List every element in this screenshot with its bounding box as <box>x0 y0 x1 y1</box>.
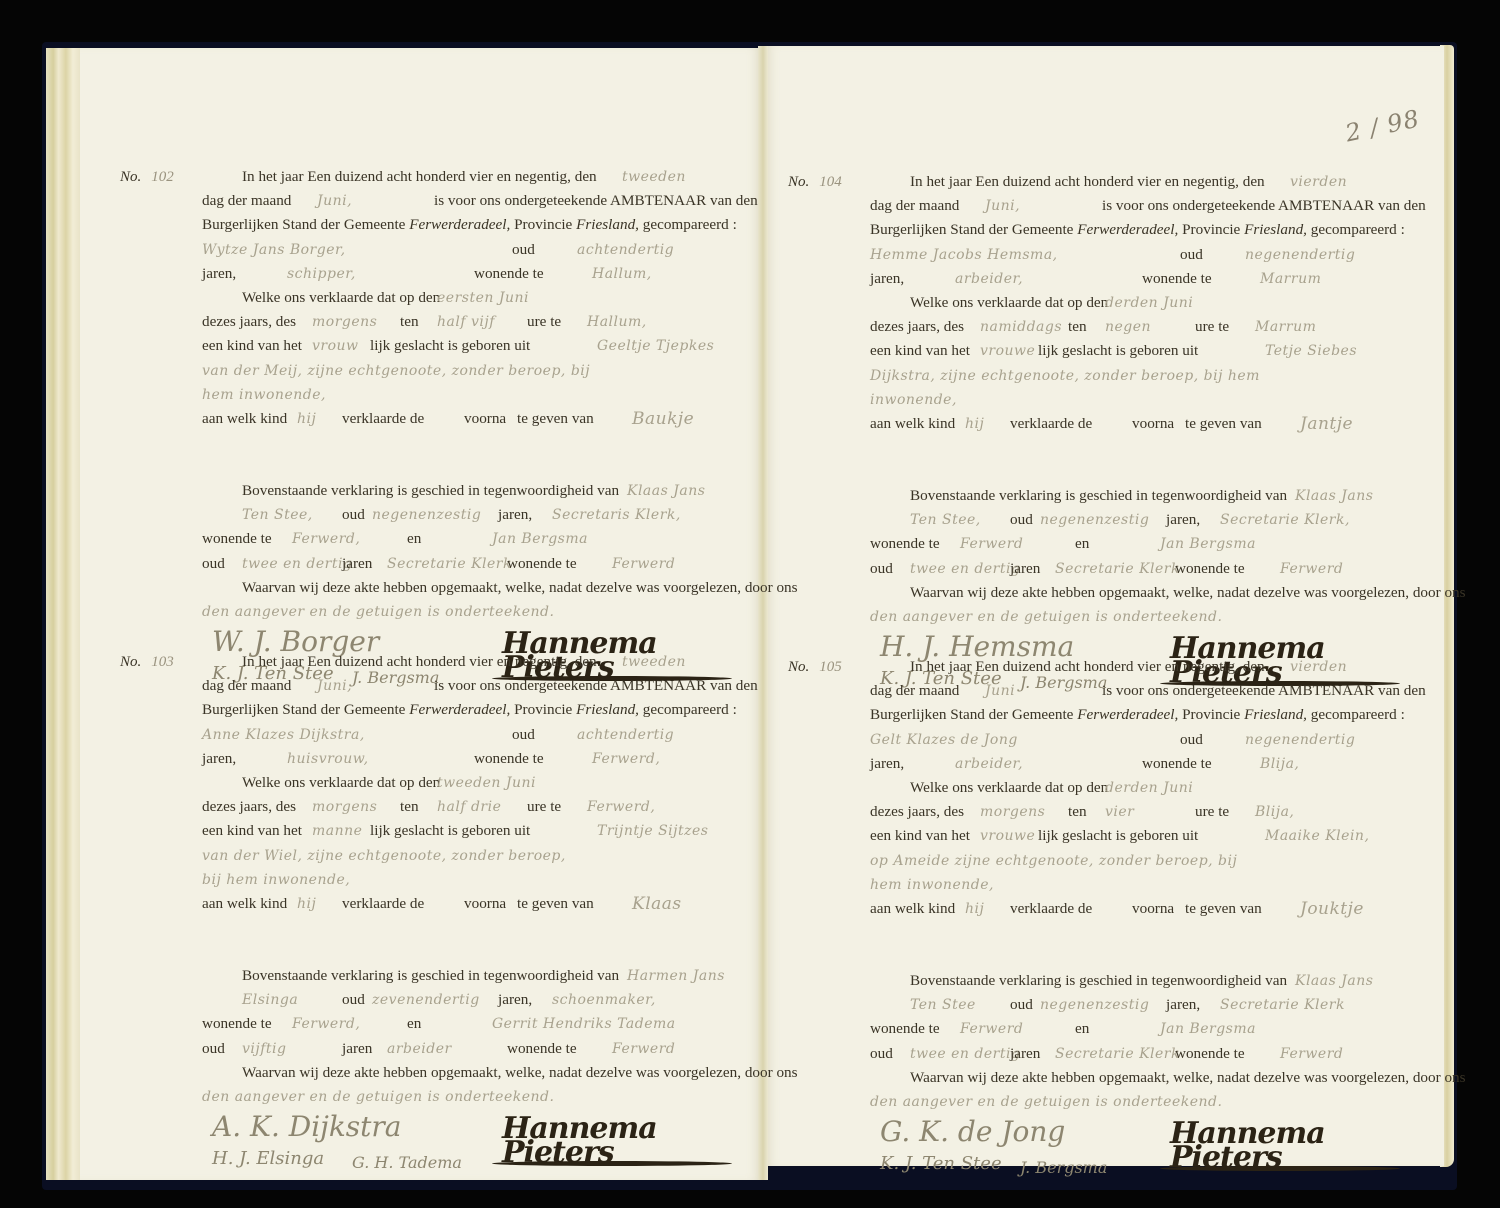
text-line: oudvijftigjarenarbeiderwonende teFerwerd <box>202 1037 762 1061</box>
text-line: Wytze Jans Borger,oudachtendertig <box>202 238 762 262</box>
handwritten-entry: Blija, <box>1255 800 1294 824</box>
text-line: Elsingaoudzevenendertigjaren,schoenmaker… <box>202 988 762 1012</box>
birth-act: No.103 In het jaar Een duizend acht hond… <box>202 650 762 1179</box>
handwritten-entry: Maaike Klein, <box>1265 824 1369 848</box>
printed-text: aan welk kind <box>870 412 955 436</box>
handwritten-entry: half vijf <box>437 310 495 334</box>
handwritten-entry: Ferwerd, <box>292 1012 360 1036</box>
text-line: Hemme Jacobs Hemsma,oudnegenendertig <box>870 243 1430 267</box>
handwritten-entry: Geeltje Tjepkes <box>597 334 714 358</box>
handwritten-entry: 103 <box>151 654 174 670</box>
handwritten-entry: Klaas Jans <box>1295 484 1373 508</box>
handwritten-entry: Baukje <box>632 407 694 431</box>
printed-text: voorna <box>464 892 506 916</box>
printed-text: Welke ons verklaarde dat op den <box>242 771 440 795</box>
text-line: dezes jaars, desnamiddagstennegenure teM… <box>870 315 1430 339</box>
handwritten-entry: Ferwerd, <box>292 527 360 551</box>
printed-text: verklaarde de <box>1010 412 1092 436</box>
handwritten-entry: Juni <box>985 679 1015 703</box>
printed-text: oud <box>1010 508 1033 532</box>
handwritten-entry: arbeider, <box>955 267 1023 291</box>
printed-text: ten <box>400 795 419 819</box>
printed-text: ten <box>1068 315 1087 339</box>
handwritten-entry: vrouwe <box>980 339 1035 363</box>
handwritten-entry: vrouw <box>312 334 359 358</box>
printed-text: jaren <box>342 1037 372 1061</box>
handwritten-entry: Secretarie Klerk <box>1220 993 1345 1017</box>
printed-text: jaren <box>1010 1042 1040 1066</box>
handwritten-entry: Trijntje Sijtzes <box>597 819 708 843</box>
text-line: op Ameide zijne echtgenoote, zonder bero… <box>870 849 1430 873</box>
handwritten-entry: negenendertig <box>1245 728 1355 752</box>
handwritten-entry: tweeden <box>622 165 686 189</box>
handwritten-entry: derden Juni <box>1105 291 1193 315</box>
printed-text: Burgerlijken Stand der Gemeente <box>870 706 1073 723</box>
handwritten-entry: negenenzestig <box>1040 993 1149 1017</box>
text-line: dezes jaars, desmorgenstenhalf drieure t… <box>202 795 762 819</box>
text-line: van der Wiel, zijne echtgenoote, zonder … <box>202 844 762 868</box>
printed-text: aan welk kind <box>202 407 287 431</box>
text-line: Bovenstaande verklaring is geschied in t… <box>202 479 762 503</box>
printed-text: wonende te <box>507 552 577 576</box>
text-line: dag der maandJuni,is voor ons ondergetee… <box>202 189 762 213</box>
printed-text: dag der maand <box>870 679 959 703</box>
text-line: Ten Stee,oudnegenenzestigjaren,Secretari… <box>870 508 1430 532</box>
printed-text: lijk geslacht is geboren uit <box>1038 824 1198 848</box>
text-line: den aangever en de getuigen is onderteek… <box>202 1085 762 1109</box>
printed-text: oud <box>512 238 535 262</box>
printed-text: Friesland, <box>576 701 639 718</box>
printed-text: verklaarde de <box>342 407 424 431</box>
text-line: In het jaar Een duizend acht honderd vie… <box>202 165 762 189</box>
handwritten-entry: huisvrouw, <box>287 747 369 771</box>
printed-text: ten <box>400 310 419 334</box>
text-line: A. K. Dijkstra H. J. Elsinga G. H. Tadem… <box>202 1109 762 1179</box>
handwritten-entry: arbeider <box>387 1037 452 1061</box>
text-line: wonende teFerwerd,enJan Bergsma <box>202 527 762 551</box>
printed-text: Bovenstaande verklaring is geschied in t… <box>242 479 619 503</box>
printed-text: dezes jaars, des <box>870 315 964 339</box>
handwritten-entry: Juni, <box>317 189 352 213</box>
printed-text: In het jaar Een duizend acht honderd vie… <box>910 170 1265 194</box>
handwritten-entry: derden Juni <box>1105 776 1193 800</box>
text-line: een kind van hetvrouwelijk geslacht is g… <box>870 339 1430 363</box>
handwritten-entry: Klaas Jans <box>1295 969 1373 993</box>
handwritten-entry: morgens <box>312 310 377 334</box>
handwritten-entry: vier <box>1105 800 1134 824</box>
text-line: Bovenstaande verklaring is geschied in t… <box>870 969 1430 993</box>
printed-text: oud <box>342 988 365 1012</box>
printed-text: en <box>1075 1017 1089 1041</box>
text-line: den aangever en de getuigen is onderteek… <box>202 600 762 624</box>
printed-text: Ferwerderadeel, <box>409 216 510 233</box>
birth-act: No.104 In het jaar Een duizend acht hond… <box>870 170 1430 699</box>
printed-text: Provincie <box>1182 706 1240 723</box>
handwritten-entry: Hemme Jacobs Hemsma, <box>870 243 1058 267</box>
handwritten-entry: Gerrit Hendriks Tadema <box>492 1012 676 1036</box>
handwritten-entry: negenenzestig <box>1040 508 1149 532</box>
printed-text: Waarvan wij deze akte hebben opgemaakt, … <box>242 1061 798 1085</box>
handwritten-entry: Ferwerd <box>612 1037 675 1061</box>
printed-text: wonende te <box>1175 1042 1245 1066</box>
handwritten-entry: Secretarie Klerk <box>387 552 512 576</box>
text-line: een kind van hetvrouwlijk geslacht is ge… <box>202 334 762 358</box>
printed-text: en <box>407 527 421 551</box>
text-line: oudtwee en dertigjarenSecretarie Klerkwo… <box>870 557 1430 581</box>
text-line: Ten Stee,oudnegenenzestigjaren,Secretari… <box>202 503 762 527</box>
handwritten-entry: namiddags <box>980 315 1062 339</box>
handwritten-entry: Jantje <box>1300 412 1353 436</box>
printed-text: No. <box>788 659 809 675</box>
printed-text: dag der maand <box>202 189 291 213</box>
handwritten-entry: Wytze Jans Borger, <box>202 238 346 262</box>
printed-text: wonende te <box>870 532 940 556</box>
printed-text: Friesland, <box>576 216 639 233</box>
handwritten-entry: hij <box>965 412 984 436</box>
text-line: dag der maandJuni,is voor ons ondergetee… <box>870 194 1430 218</box>
text-line: Waarvan wij deze akte hebben opgemaakt, … <box>870 1066 1430 1090</box>
handwritten-entry: Ferwerd <box>1280 557 1343 581</box>
text-line: aan welk kindhijverklaarde devoornate ge… <box>202 407 762 431</box>
printed-text: jaren, <box>202 747 236 771</box>
handwritten-entry: vierden <box>1290 170 1347 194</box>
handwritten-entry: 104 <box>819 174 842 190</box>
printed-text: verklaarde de <box>342 892 424 916</box>
text-line: Welke ons verklaarde dat op deneersten J… <box>202 286 762 310</box>
printed-text: No. <box>788 174 809 190</box>
printed-text: verklaarde de <box>1010 897 1092 921</box>
printed-text: een kind van het <box>870 339 970 363</box>
printed-text: ten <box>1068 800 1087 824</box>
printed-text: Ferwerderadeel, <box>409 701 510 718</box>
printed-text: In het jaar Een duizend acht honderd vie… <box>242 165 597 189</box>
printed-text: Welke ons verklaarde dat op den <box>910 291 1108 315</box>
printed-text: aan welk kind <box>202 892 287 916</box>
text-line: Burgerlijken Stand der Gemeente Ferwerde… <box>202 213 762 237</box>
handwritten-entry: achtendertig <box>577 238 674 262</box>
printed-text: voorna <box>464 407 506 431</box>
handwritten-entry: Secretarie Klerk <box>1055 1042 1180 1066</box>
text-line: dag der maandJuni,is voor ons ondergetee… <box>202 674 762 698</box>
text-line: inwonende, <box>870 388 1430 412</box>
text-line: Welke ons verklaarde dat op denderden Ju… <box>870 291 1430 315</box>
printed-text: is voor ons ondergeteekende AMBTENAAR va… <box>434 189 758 213</box>
text-line: jaren,arbeider,wonende teMarrum <box>870 267 1430 291</box>
printed-text: oud <box>202 1037 225 1061</box>
printed-text: wonende te <box>870 1017 940 1041</box>
handwritten-entry: Marrum <box>1260 267 1321 291</box>
act-number: No.104 <box>788 170 842 194</box>
text-line: oudtwee en dertigjarenSecretarie Klerkwo… <box>870 1042 1430 1066</box>
handwritten-entry: Ten Stee <box>910 993 976 1017</box>
text-line: aan welk kindhijverklaarde devoornate ge… <box>202 892 762 916</box>
printed-text: lijk geslacht is geboren uit <box>370 334 530 358</box>
handwritten-entry: 102 <box>151 169 174 185</box>
handwritten-entry: Tetje Siebes <box>1265 339 1357 363</box>
handwritten-entry: Jouktje <box>1300 897 1364 921</box>
text-line: oudtwee en dertigjarenSecretarie Klerkwo… <box>202 552 762 576</box>
text-line: Welke ons verklaarde dat op denderden Ju… <box>870 776 1430 800</box>
text-line: G. K. de Jong K. J. Ten Stee J. Bergsma … <box>870 1114 1430 1184</box>
handwritten-entry: hem inwonende, <box>202 383 326 407</box>
text-line <box>202 431 762 479</box>
handwritten-entry: 105 <box>819 659 842 675</box>
handwritten-entry: schipper, <box>287 262 356 286</box>
printed-text: jaren, <box>498 503 532 527</box>
text-line: jaren,huisvrouw,wonende teFerwerd, <box>202 747 762 771</box>
text-line: een kind van hetvrouwelijk geslacht is g… <box>870 824 1430 848</box>
text-line: den aangever en de getuigen is onderteek… <box>870 1090 1430 1114</box>
text-line: van der Meij, zijne echtgenoote, zonder … <box>202 359 762 383</box>
printed-text: is voor ons ondergeteekende AMBTENAAR va… <box>434 674 758 698</box>
printed-text: wonende te <box>1142 752 1212 776</box>
printed-text: ure te <box>527 310 561 334</box>
text-line: In het jaar Een duizend acht honderd vie… <box>870 170 1430 194</box>
printed-text: voorna <box>1132 412 1174 436</box>
handwritten-entry: twee en dertig <box>910 1042 1020 1066</box>
handwritten-entry: hij <box>965 897 984 921</box>
text-line: jaren,schipper,wonende teHallum, <box>202 262 762 286</box>
page-edges-left <box>46 48 82 1180</box>
handwritten-entry: den aangever en de getuigen is onderteek… <box>870 605 1222 629</box>
printed-text: wonende te <box>1142 267 1212 291</box>
printed-text: jaren, <box>870 267 904 291</box>
printed-text: jaren, <box>1166 508 1200 532</box>
printed-text: Provincie <box>1182 221 1240 238</box>
text-line: den aangever en de getuigen is onderteek… <box>870 605 1430 629</box>
handwritten-entry: Ten Stee, <box>242 503 313 527</box>
handwritten-entry: Jan Bergsma <box>492 527 588 551</box>
printed-text: Welke ons verklaarde dat op den <box>910 776 1108 800</box>
handwritten-entry: vrouwe <box>980 824 1035 848</box>
text-line: In het jaar Een duizend acht honderd vie… <box>202 650 762 674</box>
text-line: jaren,arbeider,wonende teBlija, <box>870 752 1430 776</box>
printed-text: is voor ons ondergeteekende AMBTENAAR va… <box>1102 194 1426 218</box>
handwritten-entry: schoenmaker, <box>552 988 656 1012</box>
handwritten-entry: manne <box>312 819 362 843</box>
printed-text: oud <box>342 503 365 527</box>
handwritten-entry: Klaas Jans <box>627 479 705 503</box>
handwritten-entry: Ferwerd <box>960 532 1023 556</box>
printed-text: en <box>407 1012 421 1036</box>
act-number: No.102 <box>120 165 174 189</box>
text-line: aan welk kindhijverklaarde devoornate ge… <box>870 897 1430 921</box>
text-line: Dijkstra, zijne echtgenoote, zonder bero… <box>870 364 1430 388</box>
handwritten-entry: Hallum, <box>592 262 652 286</box>
printed-text: In het jaar Een duizend acht honderd vie… <box>910 655 1265 679</box>
printed-text: No. <box>120 169 141 185</box>
handwritten-entry: Blija, <box>1260 752 1299 776</box>
signature: G. H. Tadema <box>352 1151 462 1175</box>
printed-text: wonende te <box>474 747 544 771</box>
printed-text: dag der maand <box>202 674 291 698</box>
printed-text: wonende te <box>202 1012 272 1036</box>
birth-act: No.102 In het jaar Een duizend acht hond… <box>202 165 762 694</box>
handwritten-entry: twee en dertig <box>910 557 1020 581</box>
printed-text: wonende te <box>202 527 272 551</box>
printed-text: dezes jaars, des <box>202 795 296 819</box>
text-line: een kind van hetmannelijk geslacht is ge… <box>202 819 762 843</box>
signature: H. J. Elsinga <box>212 1147 324 1171</box>
handwritten-entry: zevenendertig <box>372 988 480 1012</box>
text-line: wonende teFerwerd,enGerrit Hendriks Tade… <box>202 1012 762 1036</box>
printed-text: gecompareerd : <box>643 216 737 233</box>
handwritten-entry: eersten Juni <box>437 286 529 310</box>
text-line: hem inwonende, <box>870 873 1430 897</box>
text-line: Gelt Klazes de Jongoudnegenendertig <box>870 728 1430 752</box>
printed-text: Bovenstaande verklaring is geschied in t… <box>910 484 1287 508</box>
signature: A. K. Dijkstra <box>212 1115 402 1139</box>
text-line: wonende teFerwerdenJan Bergsma <box>870 1017 1430 1041</box>
printed-text: te geven van <box>1185 412 1262 436</box>
printed-text: oud <box>870 1042 893 1066</box>
handwritten-entry: Jan Bergsma <box>1160 1017 1256 1041</box>
handwritten-entry: hij <box>297 892 316 916</box>
printed-text: dezes jaars, des <box>870 800 964 824</box>
handwritten-entry: Ferwerd <box>612 552 675 576</box>
handwritten-entry: vijftig <box>242 1037 286 1061</box>
printed-text: wonende te <box>507 1037 577 1061</box>
handwritten-entry: Secretarie Klerk <box>1055 557 1180 581</box>
printed-text: gecompareerd : <box>643 701 737 718</box>
handwritten-entry: Harmen Jans <box>627 964 725 988</box>
printed-text: dag der maand <box>870 194 959 218</box>
handwritten-entry: Ten Stee, <box>910 508 981 532</box>
printed-text: lijk geslacht is geboren uit <box>1038 339 1198 363</box>
text-line: dezes jaars, desmorgenstenhalf vijfure t… <box>202 310 762 334</box>
registrar-signature: Hannema Pieters <box>502 1117 762 1165</box>
handwritten-entry: half drie <box>437 795 501 819</box>
text-line: Burgerlijken Stand der Gemeente Ferwerde… <box>870 703 1430 727</box>
text-line: Waarvan wij deze akte hebben opgemaakt, … <box>202 1061 762 1085</box>
act-number: No.103 <box>120 650 174 674</box>
printed-text: een kind van het <box>202 819 302 843</box>
handwritten-entry: Anne Klazes Dijkstra, <box>202 723 365 747</box>
printed-text: jaren <box>1010 557 1040 581</box>
handwritten-entry: vierden <box>1290 655 1347 679</box>
handwritten-entry: inwonende, <box>870 388 957 412</box>
handwritten-entry: negen <box>1105 315 1151 339</box>
handwritten-entry: Elsinga <box>242 988 298 1012</box>
printed-text: oud <box>512 723 535 747</box>
printed-text: gecompareerd : <box>1311 221 1405 238</box>
printed-text: Waarvan wij deze akte hebben opgemaakt, … <box>910 1066 1466 1090</box>
printed-text: Bovenstaande verklaring is geschied in t… <box>242 964 619 988</box>
text-line: Burgerlijken Stand der Gemeente Ferwerde… <box>202 698 762 722</box>
handwritten-entry: van der Meij, zijne echtgenoote, zonder … <box>202 359 590 383</box>
registrar-signature: Hannema Pieters <box>1170 1122 1430 1170</box>
text-line <box>870 436 1430 484</box>
handwritten-entry: Ferwerd, <box>587 795 655 819</box>
handwritten-entry: Ferwerd, <box>592 747 660 771</box>
text-line: Bovenstaande verklaring is geschied in t… <box>870 484 1430 508</box>
printed-text: jaren, <box>1166 993 1200 1017</box>
handwritten-entry: Secretarie Klerk, <box>1220 508 1350 532</box>
printed-text: is voor ons ondergeteekende AMBTENAAR va… <box>1102 679 1426 703</box>
handwritten-entry: hem inwonende, <box>870 873 994 897</box>
text-line: hem inwonende, <box>202 383 762 407</box>
printed-text: jaren, <box>498 988 532 1012</box>
handwritten-entry: morgens <box>980 800 1045 824</box>
handwritten-entry: hij <box>297 407 316 431</box>
printed-text: oud <box>1010 993 1033 1017</box>
act-number: No.105 <box>788 655 842 679</box>
handwritten-entry: Ferwerd <box>1280 1042 1343 1066</box>
handwritten-entry: van der Wiel, zijne echtgenoote, zonder … <box>202 844 566 868</box>
printed-text: Welke ons verklaarde dat op den <box>242 286 440 310</box>
handwritten-entry: Juni, <box>985 194 1020 218</box>
printed-text: jaren, <box>870 752 904 776</box>
printed-text: gecompareerd : <box>1311 706 1405 723</box>
printed-text: Burgerlijken Stand der Gemeente <box>202 216 405 233</box>
printed-text: een kind van het <box>202 334 302 358</box>
handwritten-entry: op Ameide zijne echtgenoote, zonder bero… <box>870 849 1237 873</box>
handwritten-entry: negenendertig <box>1245 243 1355 267</box>
text-line: Welke ons verklaarde dat op dentweeden J… <box>202 771 762 795</box>
printed-text: jaren, <box>202 262 236 286</box>
handwritten-entry: tweeden <box>622 650 686 674</box>
handwritten-entry: Ferwerd <box>960 1017 1023 1041</box>
printed-text: ure te <box>1195 800 1229 824</box>
handwritten-entry: bij hem inwonende, <box>202 868 350 892</box>
handwritten-entry: achtendertig <box>577 723 674 747</box>
handwritten-entry: den aangever en de getuigen is onderteek… <box>202 600 554 624</box>
handwritten-entry: tweeden Juni <box>437 771 536 795</box>
printed-text: ure te <box>1195 315 1229 339</box>
handwritten-entry: Marrum <box>1255 315 1316 339</box>
printed-text: oud <box>870 557 893 581</box>
printed-text: Provincie <box>514 701 572 718</box>
printed-text: Provincie <box>514 216 572 233</box>
printed-text: jaren <box>342 552 372 576</box>
text-line: Ten Steeoudnegenenzestigjaren,Secretarie… <box>870 993 1430 1017</box>
printed-text: te geven van <box>517 892 594 916</box>
handwritten-entry: Secretaris Klerk, <box>552 503 681 527</box>
printed-text: Friesland, <box>1244 221 1307 238</box>
text-line: dag der maandJuniis voor ons ondergeteek… <box>870 679 1430 703</box>
handwritten-entry: den aangever en de getuigen is onderteek… <box>202 1085 554 1109</box>
printed-text: een kind van het <box>870 824 970 848</box>
handwritten-entry: Jan Bergsma <box>1160 532 1256 556</box>
printed-text: aan welk kind <box>870 897 955 921</box>
signature: K. J. Ten Stee <box>880 1152 1002 1176</box>
printed-text: Waarvan wij deze akte hebben opgemaakt, … <box>910 581 1466 605</box>
text-line <box>870 921 1430 969</box>
birth-act: No.105 In het jaar Een duizend acht hond… <box>870 655 1430 1184</box>
printed-text: Friesland, <box>1244 706 1307 723</box>
text-line: dezes jaars, desmorgenstenvierure teBlij… <box>870 800 1430 824</box>
printed-text: wonende te <box>1175 557 1245 581</box>
handwritten-entry: Hallum, <box>587 310 647 334</box>
printed-text: te geven van <box>517 407 594 431</box>
handwritten-entry: den aangever en de getuigen is onderteek… <box>870 1090 1222 1114</box>
signature: G. K. de Jong <box>880 1120 1065 1144</box>
printed-text: No. <box>120 654 141 670</box>
handwritten-entry: Klaas <box>632 892 682 916</box>
handwritten-entry: twee en dertig <box>242 552 352 576</box>
printed-text: wonende te <box>474 262 544 286</box>
handwritten-entry: arbeider, <box>955 752 1023 776</box>
text-line: bij hem inwonende, <box>202 868 762 892</box>
printed-text: oud <box>1180 728 1203 752</box>
text-line: Waarvan wij deze akte hebben opgemaakt, … <box>870 581 1430 605</box>
text-line: aan welk kindhijverklaarde devoornate ge… <box>870 412 1430 436</box>
text-line: Bovenstaande verklaring is geschied in t… <box>202 964 762 988</box>
printed-text: lijk geslacht is geboren uit <box>370 819 530 843</box>
text-line <box>202 916 762 964</box>
printed-text: Burgerlijken Stand der Gemeente <box>202 701 405 718</box>
text-line: Waarvan wij deze akte hebben opgemaakt, … <box>202 576 762 600</box>
